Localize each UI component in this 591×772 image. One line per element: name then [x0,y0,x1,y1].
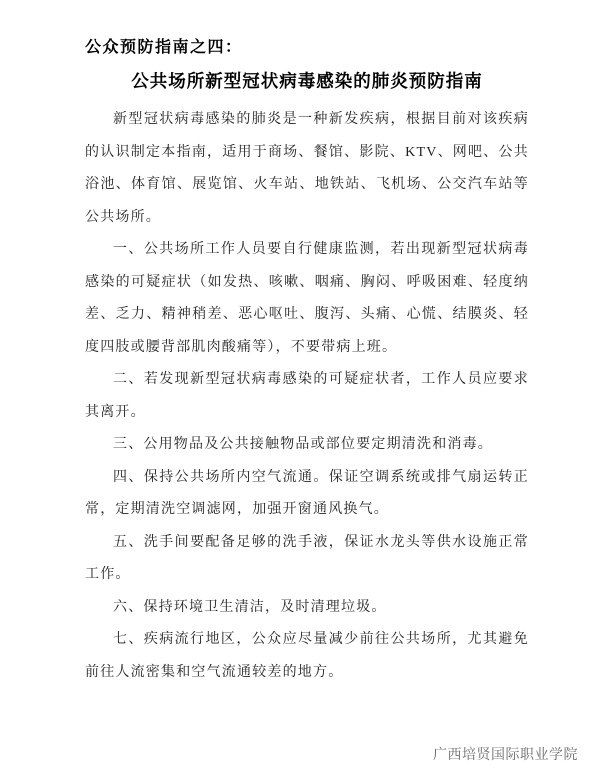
paragraph: 七、疾病流行地区，公众应尽量减少前往公共场所，尤其避免前往人流密集和空气流通较差… [85,624,529,689]
document-page: 公众预防指南之四： 公共场所新型冠状病毒感染的肺炎预防指南 新型冠状病毒感染的肺… [0,0,591,772]
paragraph: 二、若发现新型冠状病毒感染的可疑症状者，工作人员应要求其离开。 [85,364,529,429]
paragraph: 新型冠状病毒感染的肺炎是一种新发疾病，根据目前对该疾病的认识制定本指南，适用于商… [85,104,529,234]
paragraph: 六、保持环境卫生清洁，及时清理垃圾。 [85,592,529,625]
document-title: 公共场所新型冠状病毒感染的肺炎预防指南 [85,70,529,92]
watermark-footer: 广西培贤国际职业学院 [433,744,578,764]
paragraph: 一、公共场所工作人员要自行健康监测，若出现新型冠状病毒感染的可疑症状（如发热、咳… [85,234,529,364]
paragraph: 五、洗手间要配备足够的洗手液，保证水龙头等供水设施正常工作。 [85,527,529,592]
document-body: 新型冠状病毒感染的肺炎是一种新发疾病，根据目前对该疾病的认识制定本指南，适用于商… [85,104,529,689]
paragraph: 四、保持公共场所内空气流通。保证空调系统或排气扇运转正常，定期清洗空调滤网，加强… [85,462,529,527]
paragraph: 三、公用物品及公共接触物品或部位要定期清洗和消毒。 [85,429,529,462]
series-heading: 公众预防指南之四： [85,38,529,58]
